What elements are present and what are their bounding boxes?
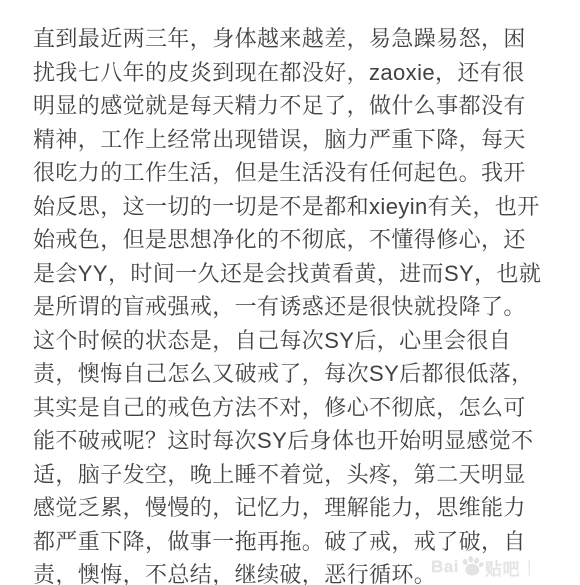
text-line: 其实是自己的戒色方法不对，修心不彻底，怎么可	[33, 391, 555, 425]
paw-icon	[460, 555, 484, 576]
text-line: 扰我七八年的皮炎到现在都没好，zaoxie，还有很	[33, 56, 555, 90]
watermark-prefix: Bai	[431, 557, 459, 577]
text-line: 能不破戒呢？这时每次SY后身体也开始明显感觉不	[33, 424, 555, 458]
watermark-suffix: 贴吧	[485, 555, 520, 580]
text-line: 都严重下降，做事一拖再拖。破了戒，戒了破，自	[33, 525, 555, 559]
text-line: 是会YY，时间一久还是会找黄看黄，进而SY，也就	[33, 257, 555, 291]
text-line: 精神，工作上经常出现错误，脑力严重下降，每天	[33, 123, 555, 157]
baidu-tieba-watermark: Bai 贴吧 |	[431, 554, 532, 580]
text-line: 始戒色，但是思想净化的不彻底，不懂得修心，还	[33, 223, 555, 257]
watermark-bar: |	[527, 557, 532, 577]
text-line: 很吃力的工作生活，但是生活没有任何起色。我开	[33, 156, 555, 190]
text-line: 明显的感觉就是每天精力不足了，做什么事都没有	[33, 89, 555, 123]
text-line: 始反思，这一切的一切是不是都和xieyin有关，也开	[33, 190, 555, 224]
text-line: 感觉乏累，慢慢的，记忆力，理解能力，思维能力	[33, 491, 555, 525]
post-text: 直到最近两三年，身体越来越差，易急躁易怒，困 扰我七八年的皮炎到现在都没好，za…	[33, 22, 555, 585]
text-line: 责，懊悔自己怎么又破戒了，每次SY后都很低落，	[33, 357, 555, 391]
text-line: 是所谓的盲戒强戒，一有诱惑还是很快就投降了。	[33, 290, 555, 324]
text-line: 这个时候的状态是，自己每次SY后，心里会很自	[33, 324, 555, 358]
text-line: 适，脑子发空，晚上睡不着觉，头疼，第二天明显	[33, 458, 555, 492]
text-line: 直到最近两三年，身体越来越差，易急躁易怒，困	[33, 22, 555, 56]
